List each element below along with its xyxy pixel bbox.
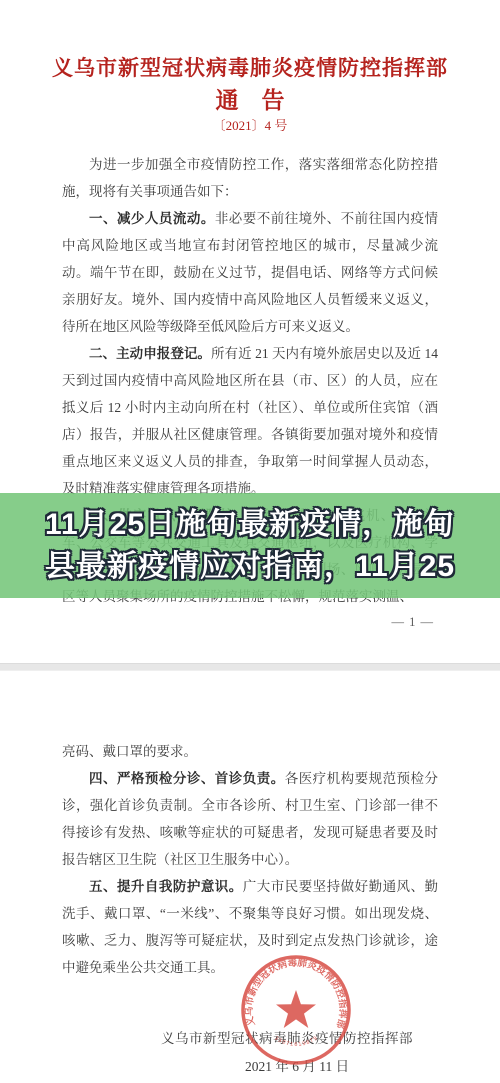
org-title: 义乌市新型冠状病毒肺炎疫情防控指挥部	[0, 52, 500, 82]
paragraph-5-lead: 五、提升自我防护意识。	[89, 879, 243, 894]
paragraph-2-text: 所有近 21 天内有境外旅居史以及近 14 天到过国内疫情中高风险地区所在县（市…	[62, 346, 438, 496]
paragraph-4-lead: 四、严格预检分诊、首诊负责。	[89, 771, 285, 786]
headline-overlay-banner: 11月25日施甸最新疫情，施甸 县最新疫情应对指南，11月25	[0, 493, 500, 598]
paragraph-2: 二、主动申报登记。所有近 21 天内有境外旅居史以及近 14 天到过国内疫情中高…	[62, 340, 438, 502]
paragraph-intro: 为进一步加强全市疫情防控工作，落实落细常态化防控措施，现将有关事项通告如下：	[62, 151, 438, 205]
headline-line-2: 县最新疫情应对指南，11月25	[45, 546, 455, 588]
headline-line-1: 11月25日施甸最新疫情，施甸	[45, 504, 455, 546]
seal-star-icon	[276, 990, 316, 1028]
paragraph-1-lead: 一、减少人员流动。	[89, 211, 215, 226]
doc-type-title: 通 告	[0, 82, 500, 115]
seal-code: 33071619879	[273, 1035, 319, 1048]
page-number: — 1 —	[392, 615, 435, 630]
notice-screenshot: 义乌市新型冠状病毒肺炎疫情防控指挥部 通 告 〔2021〕4 号 为进一步加强全…	[0, 0, 500, 1083]
official-seal-icon: 义乌市新型冠状病毒肺炎疫情防控指挥部 33071619879	[238, 952, 354, 1068]
page-gap-divider	[0, 663, 500, 671]
paragraph-3-continuation: 亮码、戴口罩的要求。	[62, 738, 438, 765]
paragraph-4: 四、严格预检分诊、首诊负责。各医疗机构要规范预检分诊，强化首诊负责制。全市各诊所…	[62, 765, 438, 873]
paragraph-1: 一、减少人员流动。非必要不前往境外、不前往国内疫情中高风险地区或当地宣布封闭管控…	[62, 205, 438, 340]
svg-text:33071619879: 33071619879	[273, 1035, 319, 1048]
doc-number: 〔2021〕4 号	[0, 115, 500, 134]
paragraph-1-text: 非必要不前往境外、不前往国内疫情中高风险地区或当地宣布封闭管控地区的城市，尽量减…	[62, 211, 438, 334]
paragraph-2-lead: 二、主动申报登记。	[89, 346, 211, 361]
document-page-2: 亮码、戴口罩的要求。 四、严格预检分诊、首诊负责。各医疗机构要规范预检分诊，强化…	[0, 671, 500, 1083]
